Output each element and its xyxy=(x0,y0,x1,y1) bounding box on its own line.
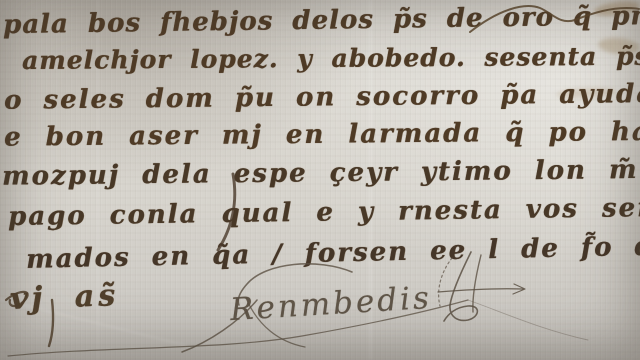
manuscript-line: o seles dom p̃u on socorro p̃a ayuda de … xyxy=(4,76,640,116)
manuscript-line: mozpuj dela espe çeyr ytimo lon m̃ de xyxy=(2,154,640,191)
manuscript-line: e bon aser mj en larmada q̃ po hazo al d… xyxy=(4,115,640,152)
manuscript-closing: vj as̃ xyxy=(9,278,119,317)
manuscript-line: mados en q̃a / forsen ee l de f̃o dey De… xyxy=(26,229,640,275)
manuscript-photo: pala bos fhebjos delos p̃s de oro q̃ pna… xyxy=(0,0,640,360)
manuscript-line: pala bos fhebjos delos p̃s de oro q̃ pna… xyxy=(3,0,640,40)
signature-name: Renmbedis xyxy=(229,280,433,328)
manuscript-line: pago conla qual e y rnesta vos serā t̄o xyxy=(8,192,640,232)
manuscript-line: amelchjor lopez. y abobedo. sesenta p̃s … xyxy=(22,40,640,75)
